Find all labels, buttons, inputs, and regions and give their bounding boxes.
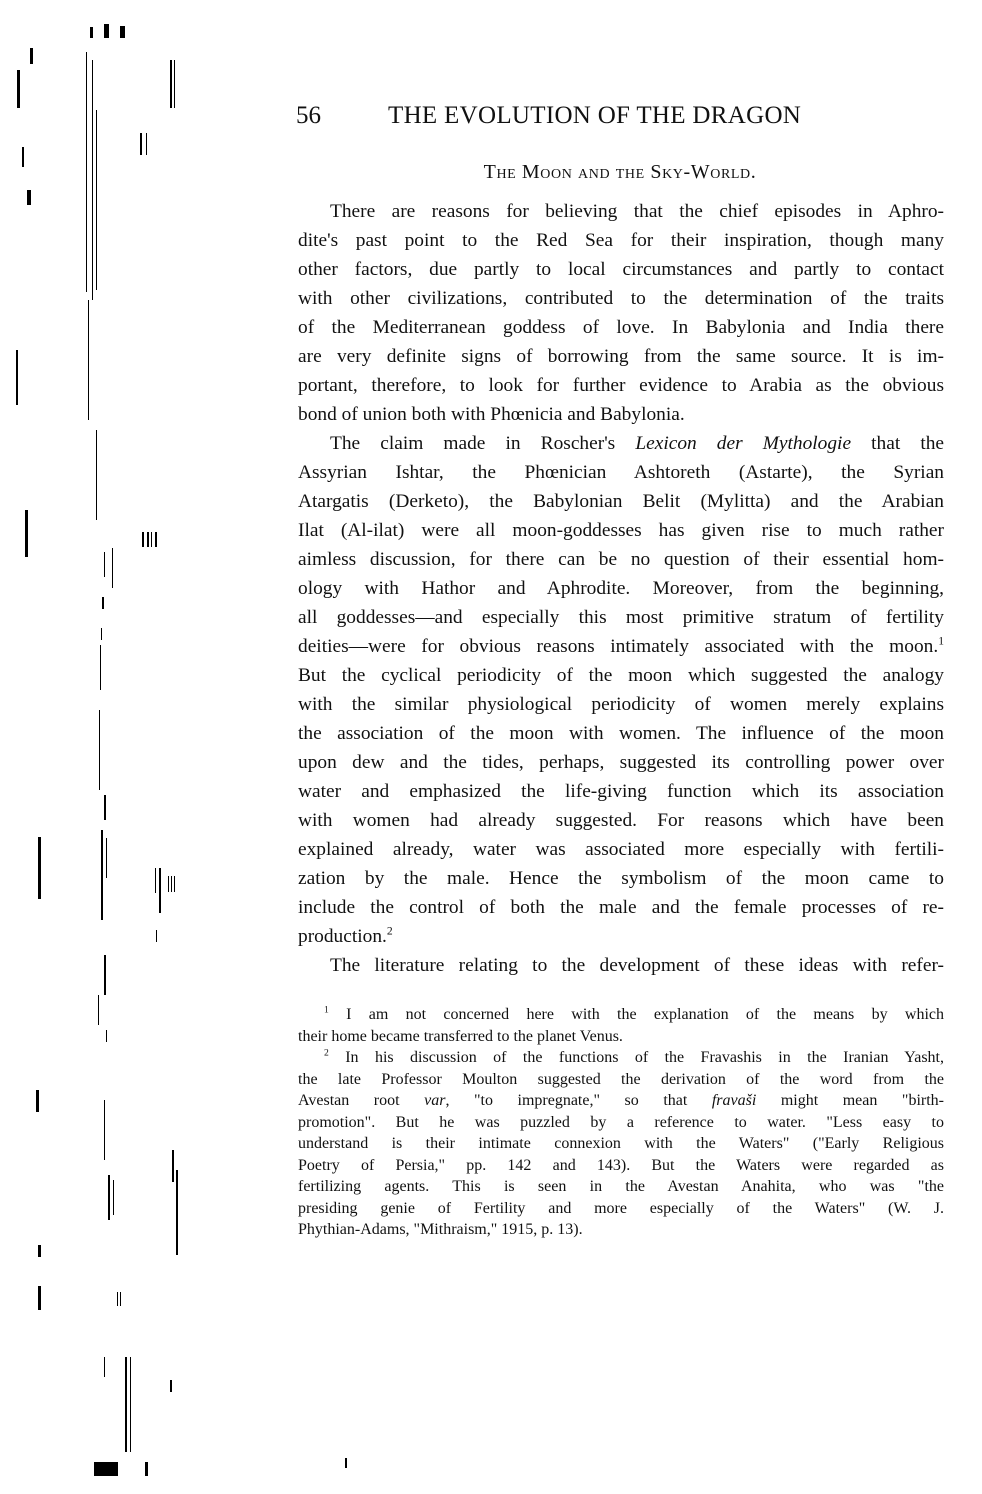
paragraph-line: Atargatis (Derketo), the Babylonian Beli… bbox=[298, 487, 944, 516]
footnote-2-line: Avestan root var, "to impregnate," so th… bbox=[298, 1090, 944, 1112]
footnote-ref-2[interactable]: 2 bbox=[387, 925, 393, 938]
paragraph-line: But the cyclical periodicity of the moon… bbox=[298, 661, 944, 690]
body-text: There are reasons for believing that the… bbox=[298, 197, 944, 980]
footnote-marker-2: 2 bbox=[324, 1048, 329, 1059]
paragraph-line: with other civilizations, contributed to… bbox=[298, 284, 944, 313]
paragraph-line: zation by the male. Hence the symbolism … bbox=[298, 864, 944, 893]
text-span: production. bbox=[298, 926, 387, 947]
footnote-2-line: Poetry of Persia," pp. 142 and 143). But… bbox=[298, 1155, 944, 1177]
footnote-1-line: their home became transferred to the pla… bbox=[298, 1026, 944, 1048]
paragraph-line: include the control of both the male and… bbox=[298, 893, 944, 922]
paragraph-line: water and emphasized the life-giving fun… bbox=[298, 777, 944, 806]
text-span: deities—were for obvious reasons intimat… bbox=[298, 636, 938, 657]
italic-title: Lexicon der Mythologie bbox=[635, 433, 851, 454]
paragraph-line: The claim made in Roscher's Lexicon der … bbox=[298, 429, 944, 458]
footnote-2-line: presiding genie of Fertility and more es… bbox=[298, 1198, 944, 1220]
text-span: Avestan root bbox=[298, 1092, 424, 1109]
paragraph-line: upon dew and the tides, perhaps, suggest… bbox=[298, 748, 944, 777]
paragraph-line: There are reasons for believing that the… bbox=[298, 197, 944, 226]
text-span: In his discussion of the functions of th… bbox=[345, 1049, 944, 1066]
paragraph-line: all goddesses—and especially this most p… bbox=[298, 603, 944, 632]
footnote-2-line: Phythian-Adams, "Mithraism," 1915, p. 13… bbox=[298, 1219, 944, 1241]
paragraph-line: ology with Hathor and Aphrodite. Moreove… bbox=[298, 574, 944, 603]
footnotes: 1 I am not concerned here with the expla… bbox=[298, 1004, 944, 1241]
paragraph-line: other factors, due partly to local circu… bbox=[298, 255, 944, 284]
paragraph-line: The literature relating to the developme… bbox=[298, 951, 944, 980]
footnote-1-line: 1 I am not concerned here with the expla… bbox=[298, 1004, 944, 1026]
paragraph-line: are very definite signs of borrowing fro… bbox=[298, 342, 944, 371]
footnote-2-line: the late Professor Moulton suggested the… bbox=[298, 1069, 944, 1091]
paragraph-line: dite's past point to the Red Sea for the… bbox=[298, 226, 944, 255]
running-title: THE EVOLUTION OF THE DRAGON bbox=[388, 102, 801, 130]
italic-word: fravaši bbox=[712, 1092, 756, 1109]
footnote-2-line: 2 In his discussion of the functions of … bbox=[298, 1047, 944, 1069]
paragraph-line: bond of union both with Phœnicia and Bab… bbox=[298, 400, 944, 429]
paragraph-line: explained already, water was associated … bbox=[298, 835, 944, 864]
section-heading: The Moon and the Sky-World. bbox=[296, 161, 944, 184]
page-number: 56 bbox=[296, 102, 321, 130]
footnote-marker-1: 1 bbox=[324, 1005, 329, 1016]
paragraph-line: Assyrian Ishtar, the Phœnician Ashtoreth… bbox=[298, 458, 944, 487]
text-span: I am not concerned here with the explana… bbox=[346, 1006, 944, 1023]
footnote-ref-1[interactable]: 1 bbox=[938, 635, 944, 648]
book-page: 56 THE EVOLUTION OF THE DRAGON The Moon … bbox=[0, 0, 982, 1494]
text-span: might mean "birth- bbox=[756, 1092, 944, 1109]
paragraph-line: with women had already suggested. For re… bbox=[298, 806, 944, 835]
paragraph-line: Ilat (Al-ilat) were all moon-goddesses h… bbox=[298, 516, 944, 545]
italic-word: var bbox=[424, 1092, 445, 1109]
paragraph-line: portant, therefore, to look for further … bbox=[298, 371, 944, 400]
footnote-2-line: promotion". But he was puzzled by a refe… bbox=[298, 1112, 944, 1134]
text-span: , "to impregnate," so that bbox=[445, 1092, 711, 1109]
footnote-2-line: fertilizing agents. This is seen in the … bbox=[298, 1176, 944, 1198]
text-span: that the bbox=[851, 433, 944, 454]
text-span: The claim made in Roscher's bbox=[330, 433, 635, 454]
footnote-2-line: understand is their intimate connexion w… bbox=[298, 1133, 944, 1155]
paragraph-line: production.2 bbox=[298, 922, 944, 951]
paragraph-line: with the similar physiological periodici… bbox=[298, 690, 944, 719]
running-head: 56 THE EVOLUTION OF THE DRAGON bbox=[296, 102, 946, 136]
paragraph-line: the association of the moon with women. … bbox=[298, 719, 944, 748]
paragraph-line: of the Mediterranean goddess of love. In… bbox=[298, 313, 944, 342]
paragraph-line: aimless discussion, for there can be no … bbox=[298, 545, 944, 574]
paragraph-line: deities—were for obvious reasons intimat… bbox=[298, 632, 944, 661]
